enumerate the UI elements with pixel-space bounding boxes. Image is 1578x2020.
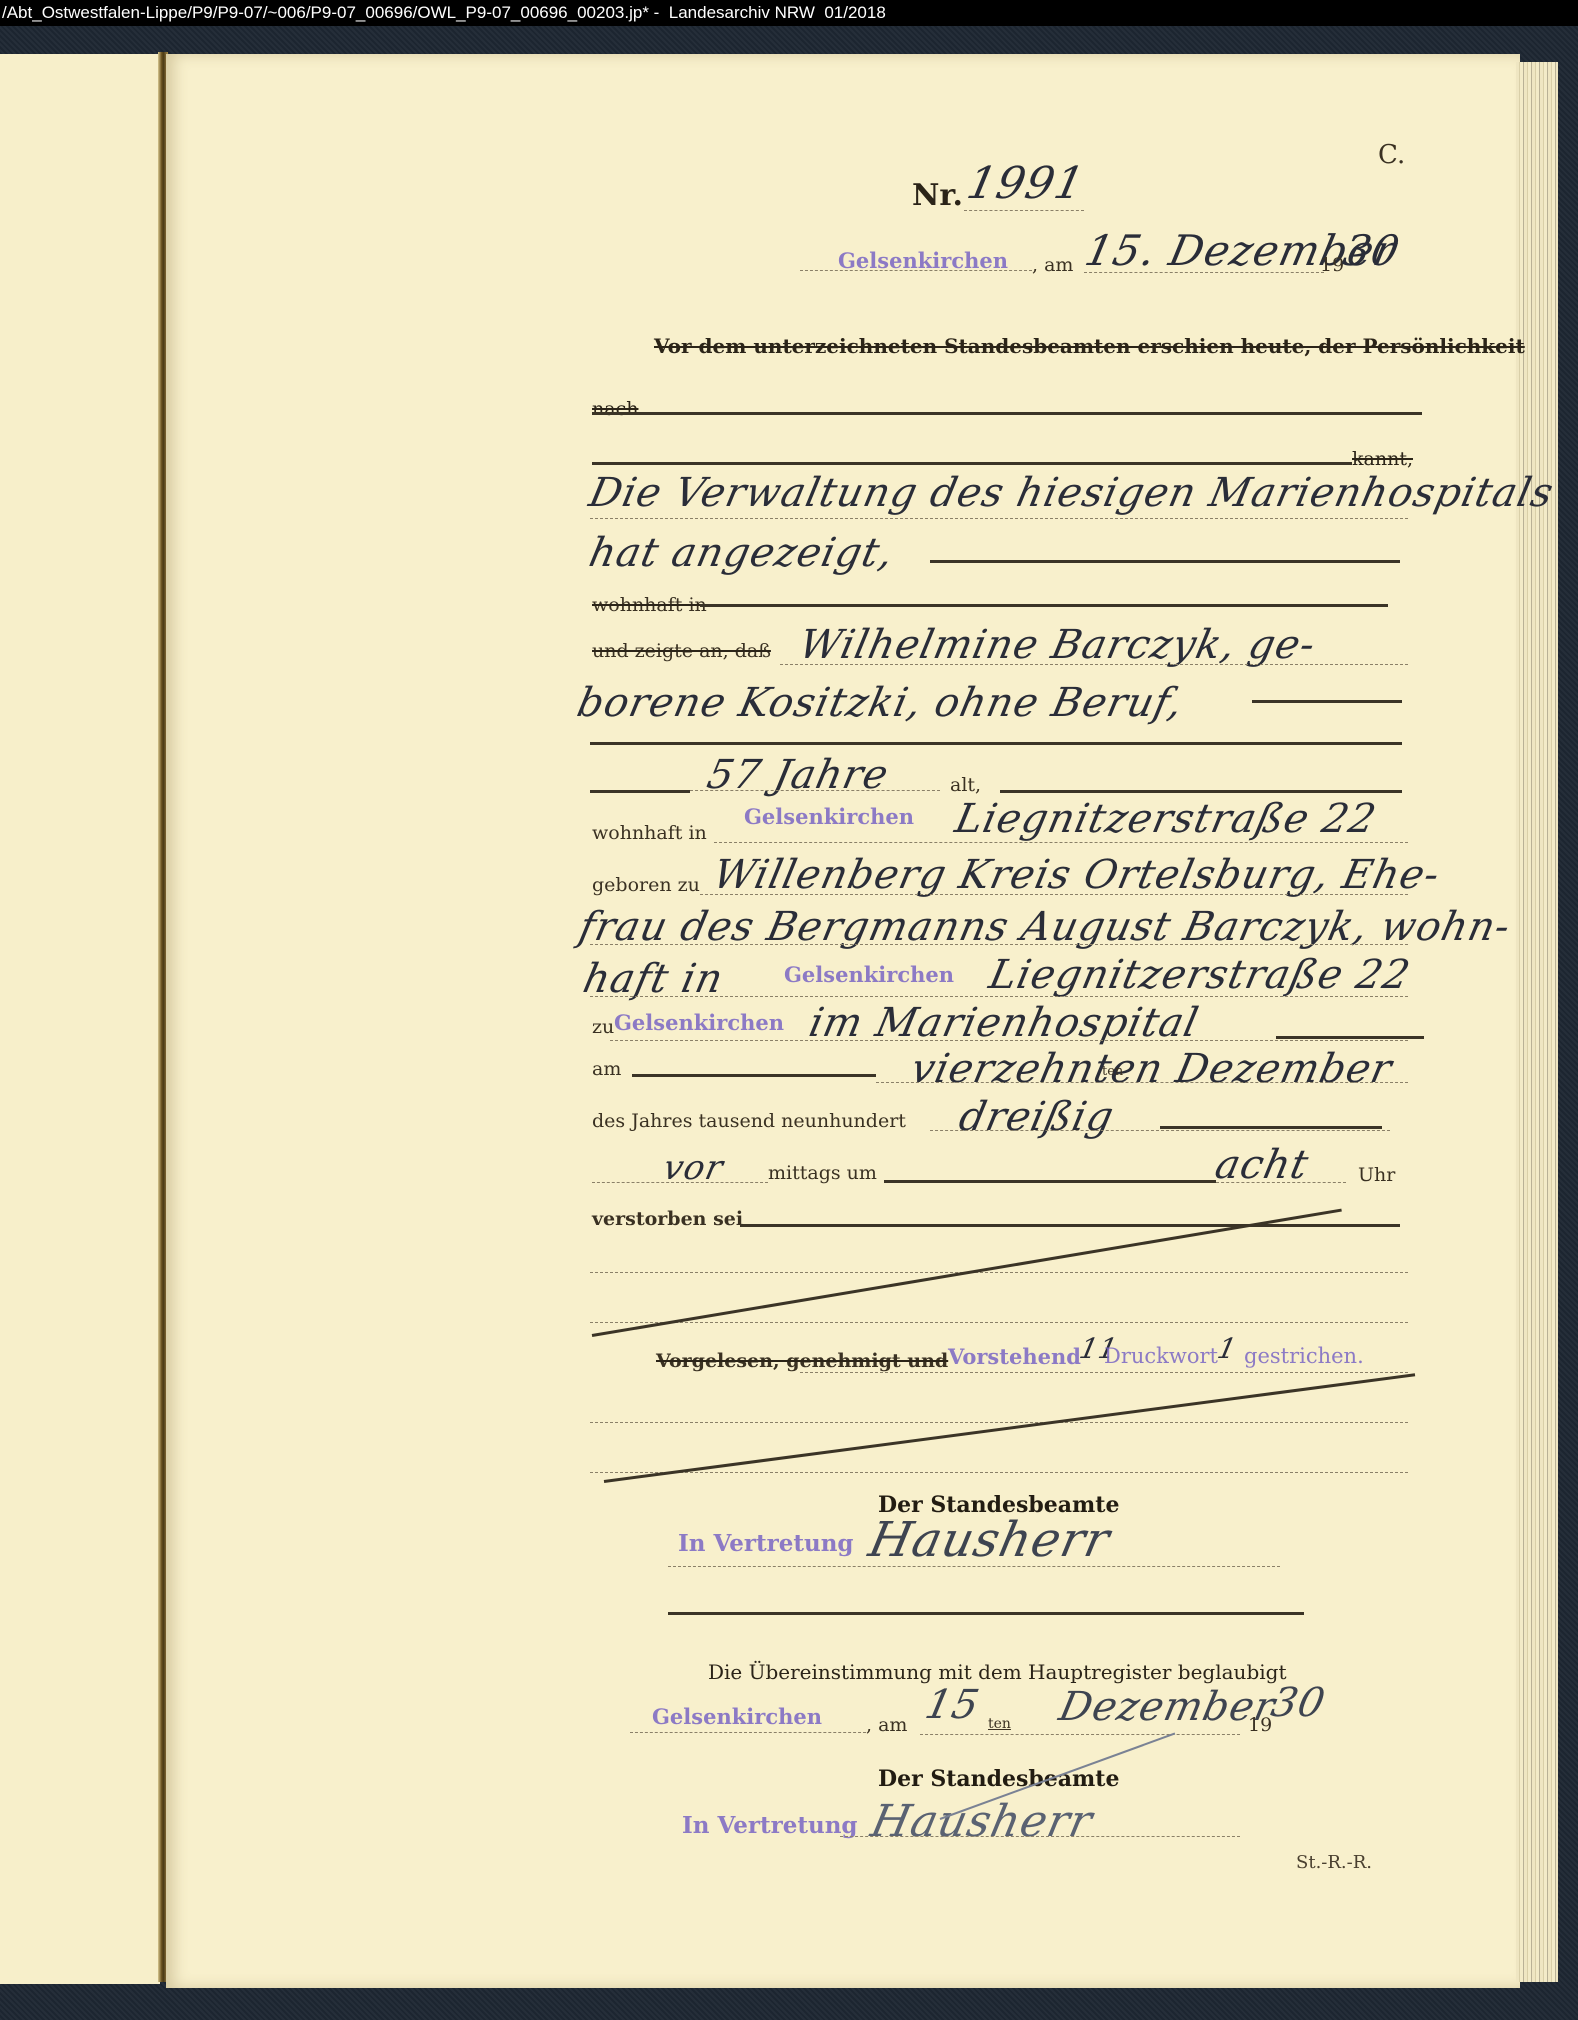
struck-read-text: Vorgelesen, genehmigt und bbox=[656, 1350, 948, 1372]
ampm-value: vor bbox=[660, 1148, 727, 1188]
death-place-label: zu bbox=[592, 1016, 614, 1038]
year-words: dreißig bbox=[955, 1094, 1118, 1140]
signature-heading-2: Der Standesbeamte bbox=[878, 1766, 1119, 1792]
form-line bbox=[590, 518, 1408, 519]
struck-kannt: kannt, bbox=[1352, 448, 1413, 470]
correction-stamp-gestrichen: gestrichen. bbox=[1244, 1344, 1364, 1368]
fill-rule bbox=[1160, 1126, 1382, 1129]
form-line bbox=[590, 1472, 1408, 1473]
certification-year: 30 bbox=[1267, 1680, 1330, 1726]
date-line bbox=[1084, 272, 1324, 273]
certification-text: Die Übereinstimmung mit dem Hauptregiste… bbox=[708, 1660, 1286, 1684]
died-label: verstorben sei bbox=[592, 1208, 743, 1230]
registrar-signature-1: Hausherr bbox=[864, 1512, 1115, 1568]
form-line bbox=[700, 894, 1408, 895]
form-line bbox=[690, 790, 940, 791]
year-label: des Jahres tausend neunhundert bbox=[592, 1110, 906, 1132]
time-label: mittags um bbox=[768, 1162, 877, 1184]
deceased-line-2: borene Kositzki, ohne Beruf, bbox=[573, 680, 1187, 726]
corner-letter: C. bbox=[1378, 140, 1405, 170]
place-stamp: Gelsenkirchen bbox=[838, 248, 1008, 273]
deceased-line-1: Wilhelmine Barczyk, ge- bbox=[795, 622, 1320, 668]
fill-rule bbox=[632, 1074, 876, 1077]
fill-rule bbox=[1000, 790, 1402, 793]
place-line bbox=[630, 1732, 866, 1733]
form-line bbox=[1216, 1182, 1346, 1183]
form-line bbox=[590, 1272, 1408, 1273]
residence-stamp: Gelsenkirchen bbox=[744, 804, 914, 829]
correction-stamp-druckwort: Druckwort bbox=[1104, 1344, 1218, 1368]
struck-nach: nach bbox=[592, 398, 638, 420]
form-line bbox=[590, 1322, 1408, 1323]
registration-year: 30 bbox=[1339, 226, 1405, 275]
form-code: St.-R.-R. bbox=[1296, 1852, 1372, 1873]
death-date-label: am bbox=[592, 1058, 621, 1080]
fill-rule bbox=[1276, 1036, 1424, 1039]
born-line-3-street: Liegnitzerstraße 22 bbox=[985, 952, 1414, 998]
death-date-suffix: ten bbox=[1102, 1064, 1123, 1079]
death-date-value: vierzehnten Dezember bbox=[907, 1046, 1396, 1092]
signature-line bbox=[668, 1566, 1280, 1567]
form-line bbox=[590, 944, 1408, 945]
form-line bbox=[876, 1082, 1408, 1083]
certification-date-prefix: , am bbox=[866, 1714, 907, 1736]
fill-rule bbox=[668, 1612, 1304, 1615]
born-label: geboren zu bbox=[592, 874, 700, 896]
deputy-stamp-2: In Vertretung bbox=[682, 1812, 858, 1839]
fill-rule bbox=[590, 742, 1402, 745]
form-line bbox=[930, 1130, 1390, 1131]
form-line bbox=[590, 996, 1408, 997]
form-line bbox=[714, 842, 1408, 843]
correction-stamp-vorstehend: Vorstehend bbox=[948, 1344, 1081, 1369]
certification-day-suffix: ten bbox=[988, 1716, 1011, 1732]
fill-rule bbox=[1252, 700, 1402, 703]
fill-rule bbox=[590, 790, 690, 793]
informant-line-1: Die Verwaltung des hiesigen Marienhospit… bbox=[585, 470, 1558, 516]
window-title-bar: /Abt_Ostwestfalen-Lippe/P9/P9-07/~006/P9… bbox=[0, 0, 1578, 26]
death-place-stamp: Gelsenkirchen bbox=[614, 1010, 784, 1035]
fill-rule bbox=[930, 560, 1400, 563]
residence-street: Liegnitzerstraße 22 bbox=[951, 796, 1380, 842]
certification-place-stamp: Gelsenkirchen bbox=[652, 1704, 822, 1729]
certification-day: 15 bbox=[921, 1682, 984, 1728]
struck-zeigte: und zeigte an, daß bbox=[592, 640, 771, 662]
number-label: Nr. bbox=[912, 178, 963, 213]
born-line-1: Willenberg Kreis Ortelsburg, Ehe- bbox=[709, 852, 1444, 898]
informant-line-2: hat angezeigt, bbox=[585, 530, 898, 576]
strike-line bbox=[592, 462, 1352, 465]
record-number: 1991 bbox=[963, 158, 1090, 209]
struck-intro-text: Vor dem unterzeichneten Standesbeamten e… bbox=[654, 334, 1525, 358]
uhr-label: Uhr bbox=[1358, 1164, 1395, 1186]
residence-label: wohnhaft in bbox=[592, 822, 707, 844]
form-line bbox=[610, 1040, 1408, 1041]
date-prefix: , am bbox=[1032, 254, 1073, 276]
certification-month: Dezember bbox=[1055, 1684, 1280, 1730]
form-line bbox=[800, 1372, 1408, 1373]
born-line-3-stamp: Gelsenkirchen bbox=[784, 962, 954, 987]
struck-wohnhaft: wohnhaft in bbox=[592, 594, 707, 616]
left-page bbox=[0, 54, 160, 1984]
signature-line bbox=[840, 1836, 1240, 1837]
form-line bbox=[780, 664, 1408, 665]
strike-line bbox=[700, 604, 1388, 607]
fill-rule bbox=[884, 1180, 1216, 1183]
number-underline bbox=[964, 210, 1084, 211]
date-line bbox=[920, 1734, 1240, 1735]
fill-rule bbox=[740, 1224, 1400, 1227]
strike-line bbox=[592, 412, 1422, 415]
age-label: alt, bbox=[950, 774, 981, 796]
deputy-stamp-1: In Vertretung bbox=[678, 1530, 854, 1557]
age-value: 57 Jahre bbox=[703, 752, 893, 798]
form-line bbox=[590, 1422, 1408, 1423]
